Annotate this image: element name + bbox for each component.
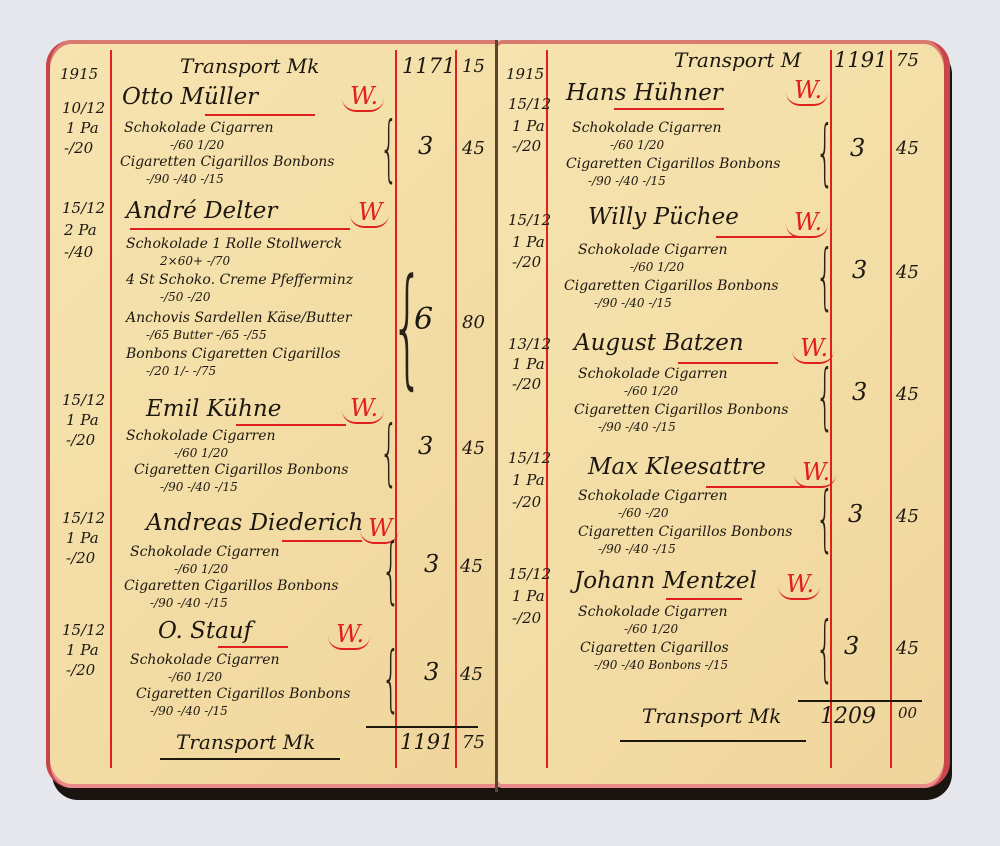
entry-unit: -/20 xyxy=(512,376,541,392)
entry-amount: 6 xyxy=(414,302,433,337)
item-line: Cigaretten Cigarillos Bonbons xyxy=(566,156,781,172)
entry-unit: -/20 xyxy=(512,494,541,510)
brace: { xyxy=(816,476,834,560)
entry-qty: 2 Pa xyxy=(64,222,97,238)
ledger-notebook: 1915 Transport Mk 1171 15 10/12 1 Pa -/2… xyxy=(46,40,952,796)
name-underline xyxy=(205,114,315,116)
brace: { xyxy=(382,528,400,612)
entry-date: 15/12 xyxy=(62,622,105,638)
margin-rule xyxy=(110,50,112,768)
sum-line xyxy=(366,726,478,728)
entry-qty: 1 Pa xyxy=(66,412,99,428)
price-line: -/90 -/40 -/15 xyxy=(146,172,224,186)
entry-cents: 45 xyxy=(460,664,483,685)
customer-name: Otto Müller xyxy=(122,84,258,110)
price-line: -/60 1/20 xyxy=(630,260,684,274)
label-underline xyxy=(160,758,340,760)
item-line: Cigaretten Cigarillos Bonbons xyxy=(120,154,335,170)
price-line: -/60 1/20 xyxy=(624,622,678,636)
w-mark: W. xyxy=(794,76,822,104)
entry-date: 15/12 xyxy=(62,200,105,216)
entry-cents: 80 xyxy=(462,312,485,333)
price-line: -/60 1/20 xyxy=(170,138,224,152)
carry-in-cents: 15 xyxy=(462,56,485,77)
margin-rule xyxy=(546,50,548,768)
cents-rule xyxy=(455,50,457,768)
price-line: 2×60+ -/70 xyxy=(160,254,230,268)
item-line: Schokolade Cigarren xyxy=(126,428,276,444)
item-line: Schokolade Cigarren xyxy=(130,652,280,668)
entry-date: 15/12 xyxy=(508,450,551,466)
entry-unit: -/20 xyxy=(512,138,541,154)
price-line: -/60 -/20 xyxy=(618,506,669,520)
entry-cents: 45 xyxy=(896,138,919,159)
item-line: Schokolade Cigarren xyxy=(572,120,722,136)
item-line: Schokolade Cigarren xyxy=(578,604,728,620)
carry-in-label: Transport M xyxy=(674,48,801,72)
item-line: 4 St Schoko. Creme Pfefferminz xyxy=(126,272,353,288)
price-line: -/50 -/20 xyxy=(160,290,211,304)
item-line: Schokolade Cigarren xyxy=(130,544,280,560)
entry-amount: 3 xyxy=(424,658,439,686)
price-line: -/90 -/40 -/15 xyxy=(150,596,228,610)
entry-amount: 3 xyxy=(850,134,865,162)
carry-out-cents: 00 xyxy=(898,704,917,722)
item-line: Cigaretten Cigarillos Bonbons xyxy=(124,578,339,594)
entry-cents: 45 xyxy=(462,138,485,159)
sum-line xyxy=(798,700,922,702)
name-underline xyxy=(130,228,350,230)
item-line: Schokolade Cigarren xyxy=(578,488,728,504)
w-mark: W. xyxy=(350,82,378,110)
entry-qty: 1 Pa xyxy=(512,356,545,372)
entry-qty: 1 Pa xyxy=(66,120,99,136)
brace: { xyxy=(380,410,398,494)
customer-name: Andreas Diederich xyxy=(146,510,363,536)
customer-name: Johann Mentzel xyxy=(574,568,757,594)
entry-unit: -/20 xyxy=(66,662,95,678)
entry-cents: 45 xyxy=(896,384,919,405)
brace: { xyxy=(816,234,834,318)
item-line: Cigaretten Cigarillos Bonbons xyxy=(134,462,349,478)
item-line: Schokolade Cigarren xyxy=(578,242,728,258)
entry-cents: 45 xyxy=(462,438,485,459)
item-line: Schokolade Cigarren xyxy=(124,120,274,136)
customer-name: Emil Kühne xyxy=(146,396,281,422)
price-line: -/60 1/20 xyxy=(610,138,664,152)
name-underline xyxy=(218,646,288,648)
price-line: -/90 -/40 -/15 xyxy=(150,704,228,718)
item-line: Cigaretten Cigarillos Bonbons xyxy=(574,402,789,418)
entry-unit: -/20 xyxy=(512,610,541,626)
carry-out-amount: 1191 xyxy=(400,730,453,754)
carry-in-label: Transport Mk xyxy=(180,54,319,78)
entry-cents: 45 xyxy=(896,506,919,527)
item-line: Cigaretten Cigarillos Bonbons xyxy=(564,278,779,294)
entry-amount: 3 xyxy=(418,132,433,160)
entry-cents: 45 xyxy=(896,638,919,659)
right-page: 1915 Transport M 1191 75 15/12 1 Pa -/20… xyxy=(498,40,950,788)
w-mark: W. xyxy=(350,394,378,422)
price-line: -/60 1/20 xyxy=(174,562,228,576)
price-line: -/60 1/20 xyxy=(168,670,222,684)
entry-qty: 1 Pa xyxy=(512,588,545,604)
item-line: Cigaretten Cigarillos xyxy=(580,640,729,656)
carry-in-cents: 75 xyxy=(896,50,919,71)
item-line: Schokolade Cigarren xyxy=(578,366,728,382)
entry-amount: 3 xyxy=(844,632,859,660)
entry-qty: 1 Pa xyxy=(512,472,545,488)
w-mark: W xyxy=(358,198,383,226)
entry-date: 13/12 xyxy=(508,336,551,352)
price-line: -/65 Butter -/65 -/55 xyxy=(146,328,267,342)
price-line: -/90 -/40 -/15 xyxy=(598,420,676,434)
brace: { xyxy=(816,354,834,438)
brace: { xyxy=(816,110,834,194)
entry-qty: 1 Pa xyxy=(66,530,99,546)
entry-amount: 3 xyxy=(424,550,439,578)
customer-name: Hans Hühner xyxy=(566,80,723,106)
name-underline xyxy=(666,598,742,600)
carry-in-amount: 1191 xyxy=(834,48,887,72)
w-mark: W. xyxy=(336,620,364,648)
entry-cents: 45 xyxy=(896,262,919,283)
entry-date: 10/12 xyxy=(62,100,105,116)
carry-in-amount: 1171 xyxy=(402,54,455,78)
entry-unit: -/20 xyxy=(66,550,95,566)
price-line: -/90 -/40 -/15 xyxy=(598,542,676,556)
name-underline xyxy=(282,540,362,542)
entry-amount: 3 xyxy=(848,500,863,528)
entry-unit: -/20 xyxy=(512,254,541,270)
entry-unit: -/20 xyxy=(64,140,93,156)
price-line: -/90 -/40 -/15 xyxy=(160,480,238,494)
name-underline xyxy=(236,424,346,426)
price-line: -/20 1/- -/75 xyxy=(146,364,216,378)
carry-out-label: Transport Mk xyxy=(642,704,781,728)
cents-rule xyxy=(890,50,892,768)
name-underline xyxy=(678,362,778,364)
entry-date: 15/12 xyxy=(508,566,551,582)
customer-name: André Delter xyxy=(126,198,277,224)
customer-name: Willy Püchee xyxy=(588,204,739,230)
year: 1915 xyxy=(60,66,98,82)
carry-out-cents: 75 xyxy=(462,732,485,753)
year: 1915 xyxy=(506,66,544,82)
customer-name: O. Stauf xyxy=(158,618,252,644)
item-line: Bonbons Cigaretten Cigarillos xyxy=(126,346,341,362)
item-line: Schokolade 1 Rolle Stollwerck xyxy=(126,236,342,252)
customer-name: August Batzen xyxy=(574,330,744,356)
entry-amount: 3 xyxy=(852,378,867,406)
name-underline xyxy=(614,108,724,110)
entry-qty: 1 Pa xyxy=(66,642,99,658)
item-line: Cigaretten Cigarillos Bonbons xyxy=(136,686,351,702)
brace: { xyxy=(816,606,834,690)
price-line: -/60 1/20 xyxy=(624,384,678,398)
w-mark: W. xyxy=(786,570,814,598)
entry-unit: -/20 xyxy=(66,432,95,448)
entry-qty: 1 Pa xyxy=(512,234,545,250)
label-underline xyxy=(620,740,806,742)
entry-date: 15/12 xyxy=(62,510,105,526)
carry-out-amount: 1209 xyxy=(820,704,876,729)
brace: { xyxy=(382,636,400,720)
entry-qty: 1 Pa xyxy=(512,118,545,134)
w-mark: W. xyxy=(794,208,822,236)
item-line: Anchovis Sardellen Käse/Butter xyxy=(126,310,352,326)
entry-amount: 3 xyxy=(418,432,433,460)
price-line: -/60 1/20 xyxy=(174,446,228,460)
price-line: -/90 -/40 Bonbons -/15 xyxy=(594,658,728,672)
entry-cents: 45 xyxy=(460,556,483,577)
left-page: 1915 Transport Mk 1171 15 10/12 1 Pa -/2… xyxy=(46,40,500,788)
customer-name: Max Kleesattre xyxy=(588,454,766,480)
entry-date: 15/12 xyxy=(62,392,105,408)
carry-out-label: Transport Mk xyxy=(176,730,315,754)
brace: { xyxy=(380,106,398,190)
entry-date: 15/12 xyxy=(508,96,551,112)
price-line: -/90 -/40 -/15 xyxy=(594,296,672,310)
name-underline xyxy=(716,236,800,238)
entry-date: 15/12 xyxy=(508,212,551,228)
entry-unit: -/40 xyxy=(64,244,93,260)
item-line: Cigaretten Cigarillos Bonbons xyxy=(578,524,793,540)
price-line: -/90 -/40 -/15 xyxy=(588,174,666,188)
entry-amount: 3 xyxy=(852,256,867,284)
